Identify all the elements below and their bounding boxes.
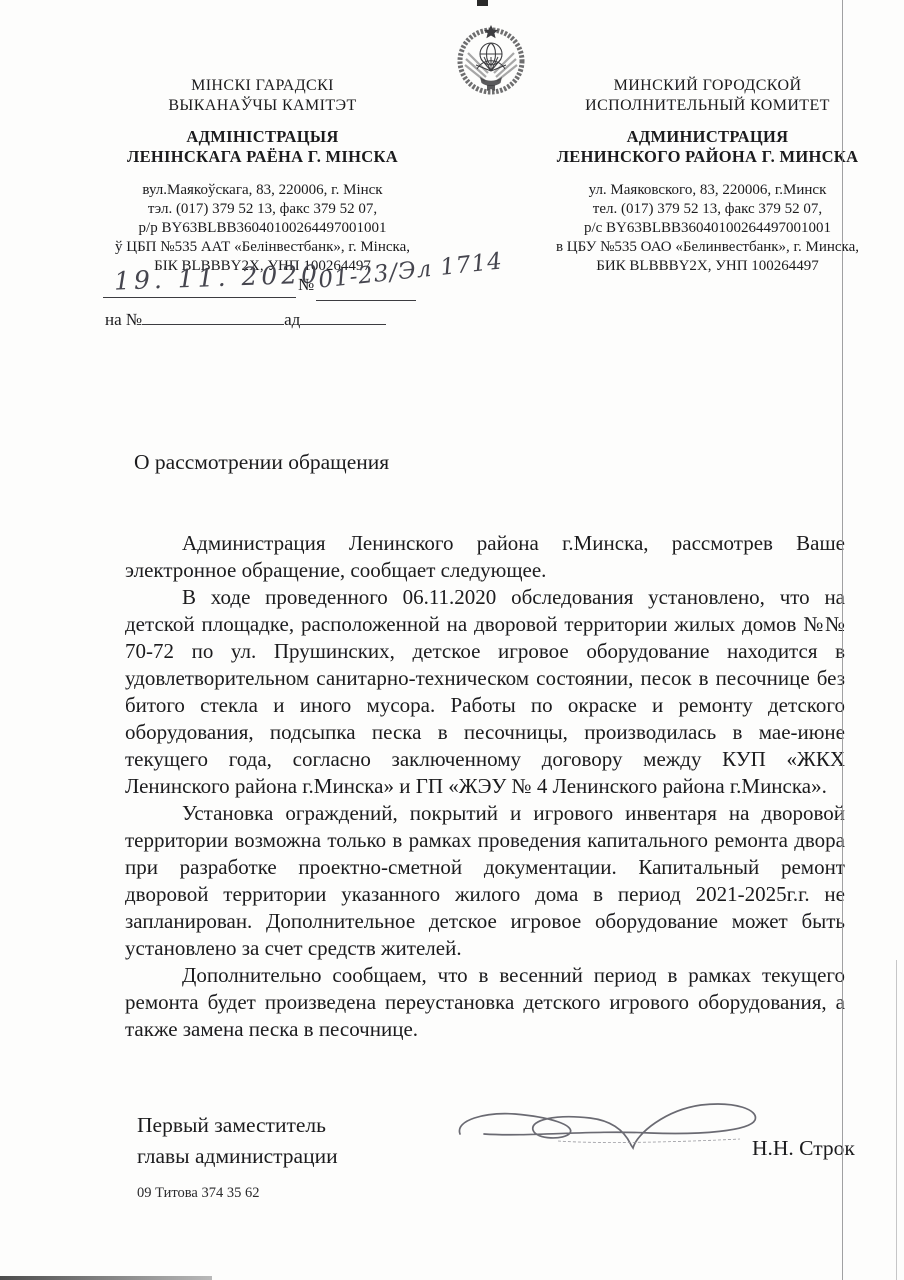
letterhead-right-committee-line1: МИНСКИЙ ГОРОДСКОЙ — [535, 76, 880, 96]
signer-title-line2: главы администрации — [137, 1141, 338, 1172]
reply-reference-line: на №ад — [105, 307, 386, 330]
signer-title: Первый заместитель главы администрации — [137, 1110, 338, 1172]
letterhead-left-address-line: тэл. (017) 379 52 13, факс 379 52 07, — [75, 200, 450, 219]
reply-number-underline — [142, 307, 284, 325]
letterhead-right-address-line: ул. Маяковского, 83, 220006, г.Минск — [535, 181, 880, 200]
letterhead-right-org-line2: ЛЕНИНСКОГО РАЙОНА Г. МИНСКА — [535, 147, 880, 167]
body-paragraph: В ходе проведенного 06.11.2020 обследова… — [125, 584, 845, 800]
scan-artifact-top-mark — [477, 0, 488, 6]
scan-artifact-bottom-bar — [0, 1276, 212, 1280]
number-sign: № — [298, 275, 314, 295]
letter-body: Администрация Ленинского района г.Минска… — [125, 530, 845, 1043]
letterhead-left-committee-line2: ВЫКАНАЎЧЫ КАМІТЭТ — [75, 96, 450, 116]
letterhead-left-committee-line1: МІНСКІ ГАРАДСКІ — [75, 76, 450, 96]
letterhead-right-address-line: в ЦБУ №535 ОАО «Белинвестбанк», г. Минск… — [535, 238, 880, 257]
letterhead-right-address-line: БИК BLBBBY2X, УНП 100264497 — [535, 257, 880, 276]
body-paragraph: Администрация Ленинского района г.Минска… — [125, 530, 845, 584]
scanned-letter-page: МІНСКІ ГАРАДСКІ ВЫКАНАЎЧЫ КАМІТЭТ АДМІНІ… — [0, 0, 904, 1280]
scan-artifact-vertical-line-2 — [896, 960, 897, 1280]
number-underline — [316, 300, 416, 301]
letterhead-left-address-line: вул.Маякоўскага, 83, 220006, г. Мінск — [75, 181, 450, 200]
body-paragraph: Дополнительно сообщаем, что в весенний п… — [125, 962, 845, 1043]
reply-label: на № — [105, 310, 142, 329]
date-underline — [103, 297, 296, 298]
reply-from-label: ад — [284, 310, 300, 329]
letterhead-left-address-line: ў ЦБП №535 ААТ «Белінвестбанк», г. Мінск… — [75, 238, 450, 257]
letterhead-right-address-line: р/с BY63BLBB36040100264497001001 — [535, 219, 880, 238]
executor-note: 09 Титова 374 35 62 — [137, 1185, 260, 1202]
letterhead-right: МИНСКИЙ ГОРОДСКОЙ ИСПОЛНИТЕЛЬНЫЙ КОМИТЕТ… — [535, 76, 880, 276]
subject-line: О рассмотрении обращения — [134, 450, 389, 475]
reply-date-underline — [300, 307, 386, 325]
letterhead-left-org-line1: АДМІНІСТРАЦЫЯ — [75, 127, 450, 147]
handwritten-date: 19. 11. 2020 — [114, 259, 322, 295]
coat-of-arms-icon — [454, 21, 528, 106]
body-paragraph: Установка ограждений, покрытий и игровог… — [125, 800, 845, 962]
letterhead-left-org-line2: ЛЕНІНСКАГА РАЁНА Г. МІНСКА — [75, 147, 450, 167]
letterhead-left-address-line: р/р BY63BLBB36040100264497001001 — [75, 219, 450, 238]
handwritten-signature — [440, 1092, 780, 1177]
letterhead-right-committee-line2: ИСПОЛНИТЕЛЬНЫЙ КОМИТЕТ — [535, 96, 880, 116]
letterhead-right-address-line: тел. (017) 379 52 13, факс 379 52 07, — [535, 200, 880, 219]
letterhead-right-org-line1: АДМИНИСТРАЦИЯ — [535, 127, 880, 147]
signer-title-line1: Первый заместитель — [137, 1110, 338, 1141]
scan-artifact-vertical-line — [842, 0, 843, 1280]
letterhead-left: МІНСКІ ГАРАДСКІ ВЫКАНАЎЧЫ КАМІТЭТ АДМІНІ… — [75, 76, 450, 276]
